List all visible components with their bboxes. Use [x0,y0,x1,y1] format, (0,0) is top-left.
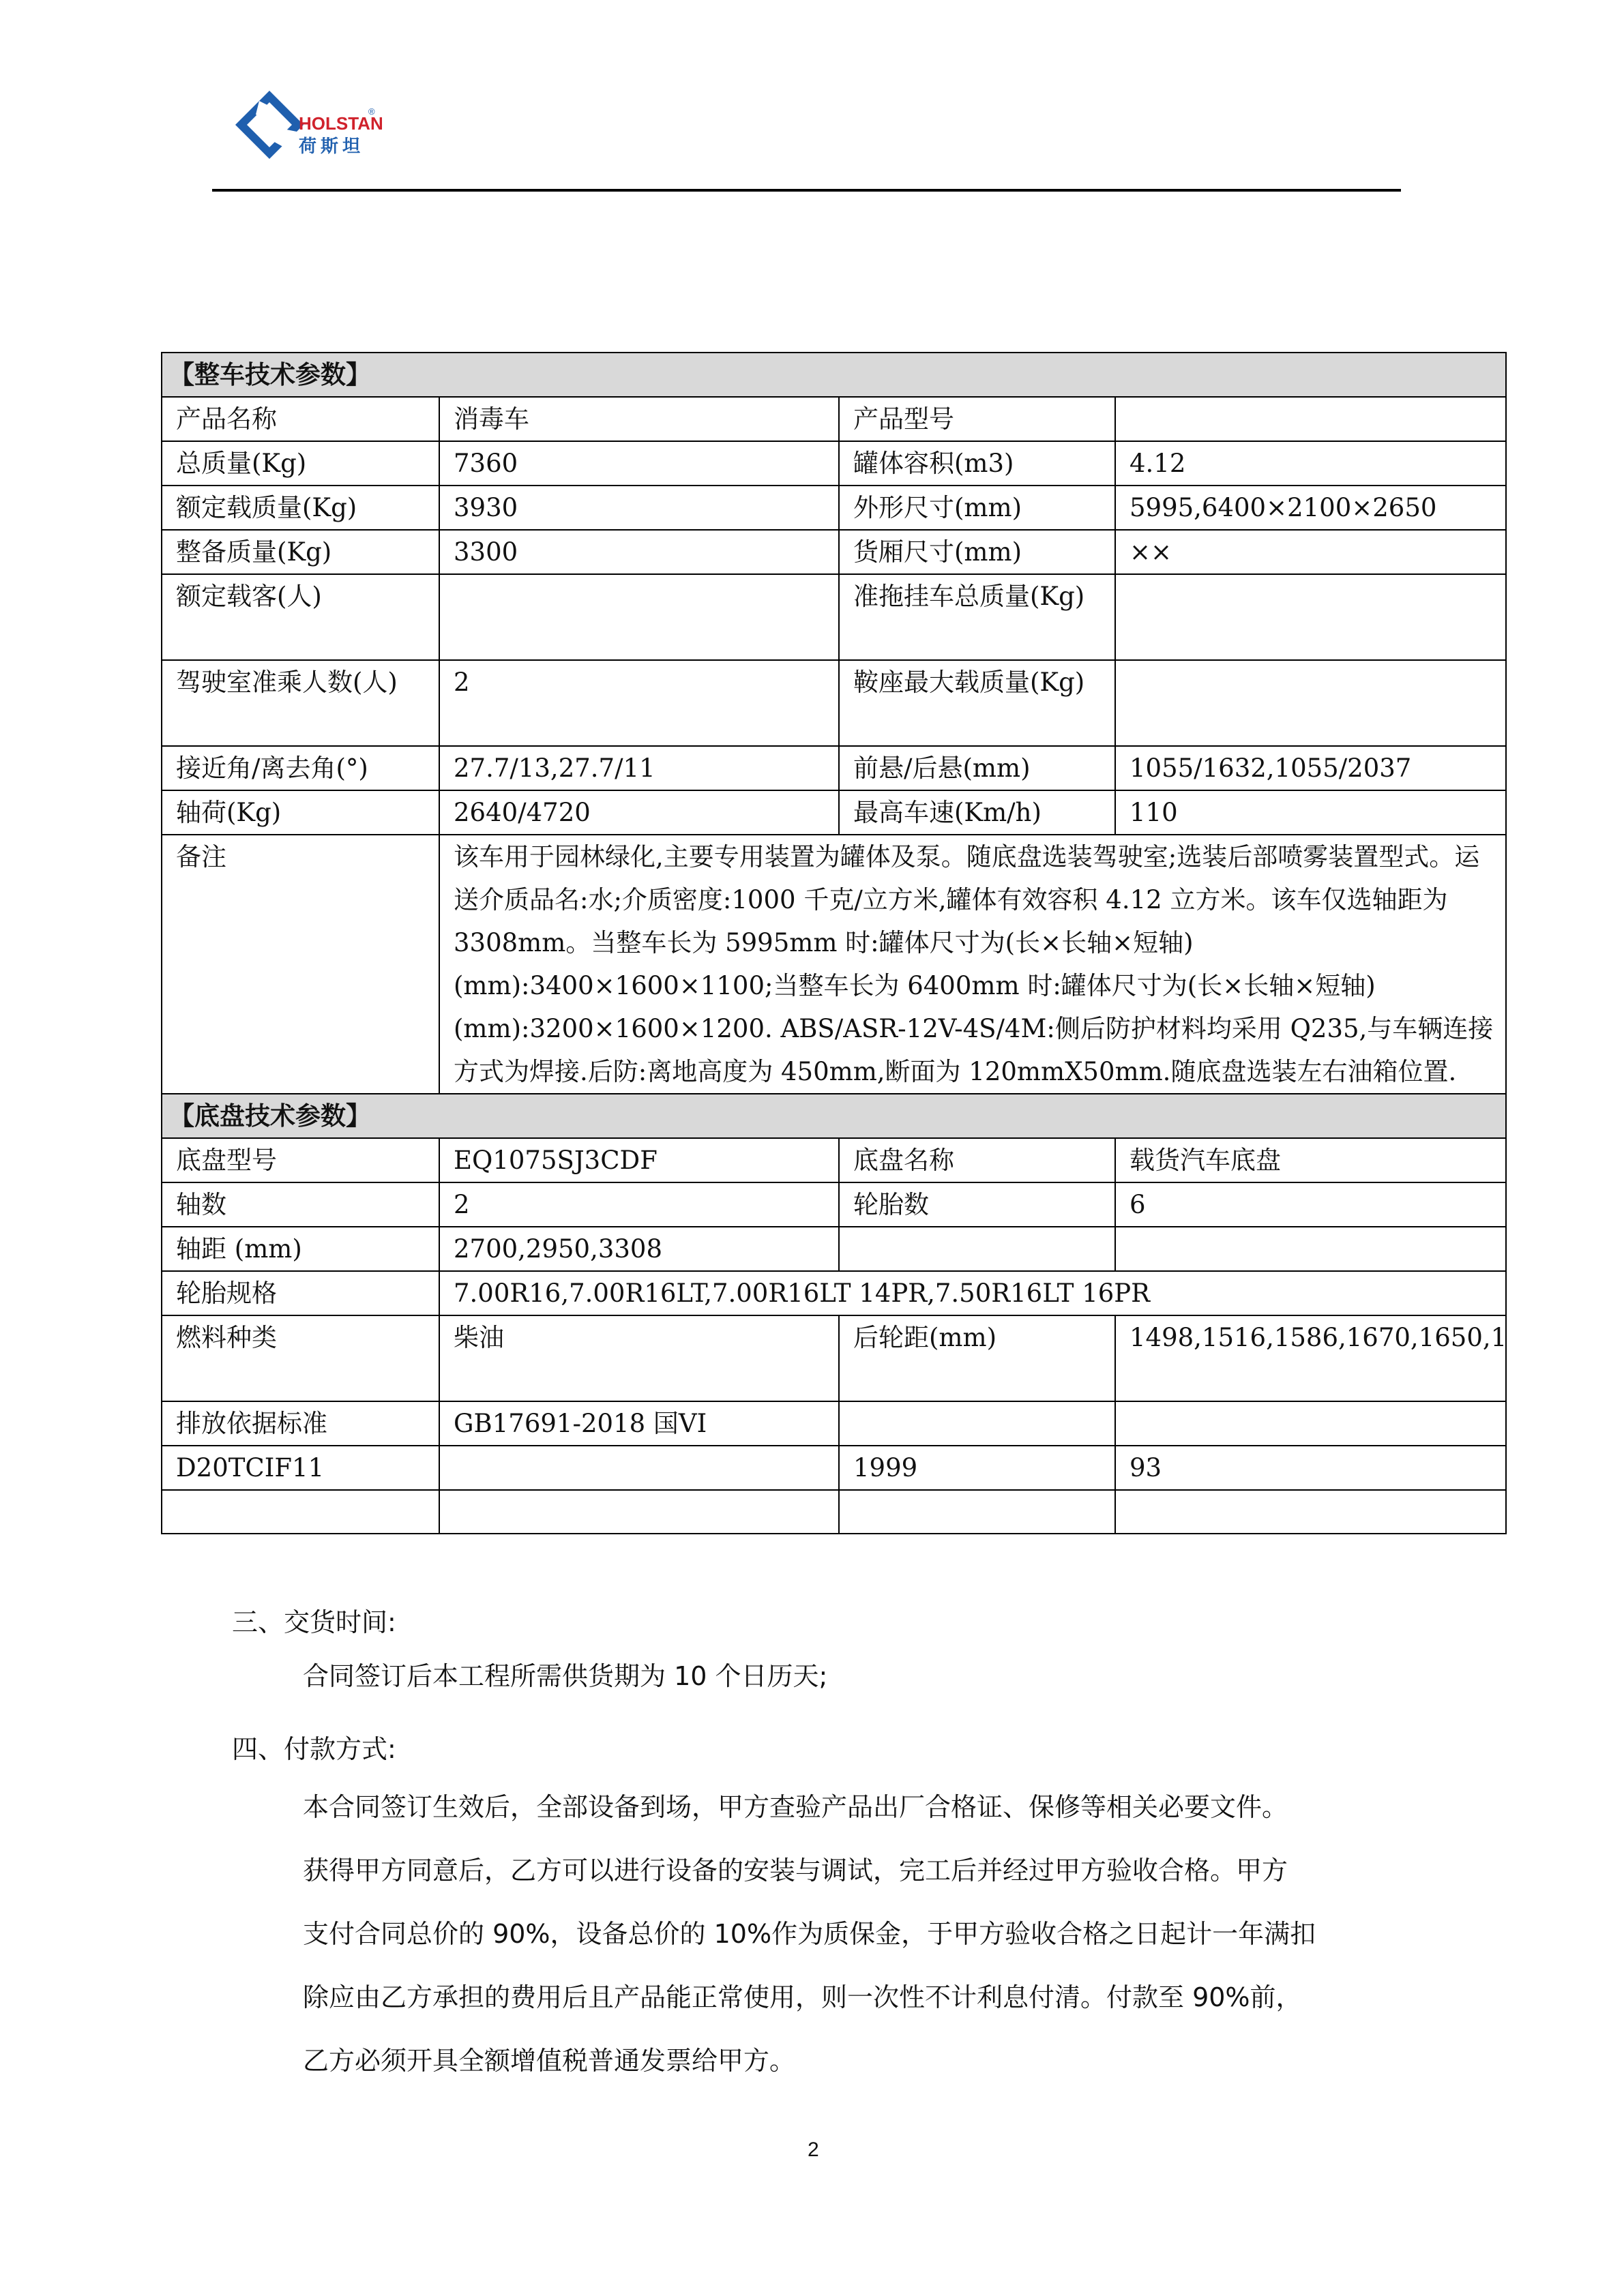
table-row-empty [162,1490,1506,1534]
header-divider [212,189,1401,192]
param-label: 整备质量(Kg) [162,530,439,574]
param-label: 燃料种类 [162,1315,439,1401]
param-value: 载货汽车底盘 [1115,1138,1506,1182]
payment-line: 除应由乙方承担的费用后且产品能正常使用，则一次性不计利息付清。付款至 90%前， [303,1966,1408,2029]
table-row: 轴数 2 轮胎数 6 [162,1182,1506,1227]
payment-line: 本合同签订生效后，全部设备到场，甲方查验产品出厂合格证、保修等相关必要文件。 [303,1776,1408,1839]
param-label: 前悬/后悬(mm) [839,746,1115,790]
section-title: 【整车技术参数】 [162,353,1506,397]
param-label: 接近角/离去角(°) [162,746,439,790]
param-value [1115,1401,1506,1446]
param-value: GB17691-2018 国VI [439,1401,839,1446]
param-label: 驾驶室准乘人数(人) [162,660,439,746]
param-value [1115,397,1506,441]
param-label: 底盘型号 [162,1138,439,1182]
param-label: 总质量(Kg) [162,441,439,486]
section-header-chassis: 【底盘技术参数】 [162,1094,1506,1138]
param-label: 额定载客(人) [162,574,439,660]
param-label: 最高车速(Km/h) [839,790,1115,835]
payment-line: 乙方必须开具全额增值税普通发票给甲方。 [303,2029,1408,2093]
param-value: 3930 [439,486,839,530]
param-label: 轮胎规格 [162,1271,439,1315]
param-label: 轴荷(Kg) [162,790,439,835]
param-label: 额定载质量(Kg) [162,486,439,530]
table-row: 底盘型号 EQ1075SJ3CDF 底盘名称 载货汽车底盘 [162,1138,1506,1182]
param-label: 准拖挂车总质量(Kg) [839,574,1115,660]
param-value: 6 [1115,1182,1506,1227]
payment-heading: 四、付款方式: [232,1728,396,1765]
param-value: 2 [439,660,839,746]
param-value: 110 [1115,790,1506,835]
table-row: 燃料种类 柴油 后轮距(mm) 1498,1516,1586,1670,1650… [162,1315,1506,1401]
param-value: EQ1075SJ3CDF [439,1138,839,1182]
param-value [439,1446,839,1490]
param-value: ×× [1115,530,1506,574]
table-row: 额定载质量(Kg) 3930 外形尺寸(mm) 5995,6400×2100×2… [162,486,1506,530]
param-value: 27.7/13,27.7/11 [439,746,839,790]
param-value [1115,660,1506,746]
param-value: 93 [1115,1446,1506,1490]
param-label: D20TCIF11 [162,1446,439,1490]
param-label [839,1401,1115,1446]
param-value: 5995,6400×2100×2650 [1115,486,1506,530]
logo-text-cn: 荷斯坦 [299,132,364,158]
param-value: 消毒车 [439,397,839,441]
param-value: 7.00R16,7.00R16LT,7.00R16LT 14PR,7.50R16… [439,1271,1506,1315]
table-row: 轮胎规格 7.00R16,7.00R16LT,7.00R16LT 14PR,7.… [162,1271,1506,1315]
param-value: 1055/1632,1055/2037 [1115,746,1506,790]
param-value [1115,1227,1506,1271]
param-value [439,574,839,660]
param-value: 4.12 [1115,441,1506,486]
param-label [839,1227,1115,1271]
param-label: 轮胎数 [839,1182,1115,1227]
param-label: 后轮距(mm) [839,1315,1115,1401]
company-logo: ® HOLSTAN 荷斯坦 [232,74,389,169]
table-row: 驾驶室准乘人数(人) 2 鞍座最大载质量(Kg) [162,660,1506,746]
remarks-text: 该车用于园林绿化,主要专用装置为罐体及泵。随底盘选装驾驶室;选装后部喷雾装置型式… [439,835,1506,1094]
payment-line: 支付合同总价的 90%，设备总价的 10%作为质保金，于甲方验收合格之日起计一年… [303,1903,1408,1966]
page-number: 2 [808,2138,819,2162]
table-row: 产品名称 消毒车 产品型号 [162,397,1506,441]
holstan-cow-icon [232,87,307,162]
spec-table: 【整车技术参数】 产品名称 消毒车 产品型号 总质量(Kg) 7360 罐体容积… [161,352,1507,1534]
param-value: 1498,1516,1586,1670,1650,1800 [1115,1315,1506,1401]
param-value [1115,574,1506,660]
table-row: 额定载客(人) 准拖挂车总质量(Kg) [162,574,1506,660]
payment-text: 本合同签订生效后，全部设备到场，甲方查验产品出厂合格证、保修等相关必要文件。 获… [303,1776,1408,2093]
table-row: 接近角/离去角(°) 27.7/13,27.7/11 前悬/后悬(mm) 105… [162,746,1506,790]
logo-text-en: HOLSTAN [299,113,383,134]
param-label: 产品型号 [839,397,1115,441]
empty-cell [839,1490,1115,1534]
param-label: 排放依据标准 [162,1401,439,1446]
param-label: 货厢尺寸(mm) [839,530,1115,574]
param-label: 轴数 [162,1182,439,1227]
param-value: 3300 [439,530,839,574]
table-row: 整备质量(Kg) 3300 货厢尺寸(mm) ×× [162,530,1506,574]
param-value: 2 [439,1182,839,1227]
table-row-remarks: 备注 该车用于园林绿化,主要专用装置为罐体及泵。随底盘选装驾驶室;选装后部喷雾装… [162,835,1506,1094]
empty-cell [162,1490,439,1534]
param-label: 产品名称 [162,397,439,441]
empty-cell [1115,1490,1506,1534]
param-label: 罐体容积(m3) [839,441,1115,486]
param-value: 柴油 [439,1315,839,1401]
section-header-vehicle: 【整车技术参数】 [162,353,1506,397]
param-value: 2640/4720 [439,790,839,835]
param-value: 7360 [439,441,839,486]
param-label: 底盘名称 [839,1138,1115,1182]
param-value: 1999 [839,1446,1115,1490]
table-row: 总质量(Kg) 7360 罐体容积(m3) 4.12 [162,441,1506,486]
remarks-label: 备注 [162,835,439,1094]
table-row: 排放依据标准 GB17691-2018 国VI [162,1401,1506,1446]
table-row: 轴距 (mm) 2700,2950,3308 [162,1227,1506,1271]
table-row: D20TCIF11 1999 93 [162,1446,1506,1490]
empty-cell [439,1490,839,1534]
param-label: 鞍座最大载质量(Kg) [839,660,1115,746]
param-value: 2700,2950,3308 [439,1227,839,1271]
param-label: 外形尺寸(mm) [839,486,1115,530]
section-title: 【底盘技术参数】 [162,1094,1506,1138]
param-label: 轴距 (mm) [162,1227,439,1271]
table-row: 轴荷(Kg) 2640/4720 最高车速(Km/h) 110 [162,790,1506,835]
payment-line: 获得甲方同意后，乙方可以进行设备的安装与调试，完工后并经过甲方验收合格。甲方 [303,1839,1408,1903]
delivery-heading: 三、交货时间: [232,1601,396,1639]
delivery-text: 合同签订后本工程所需供货期为 10 个日历天; [303,1656,1408,1697]
